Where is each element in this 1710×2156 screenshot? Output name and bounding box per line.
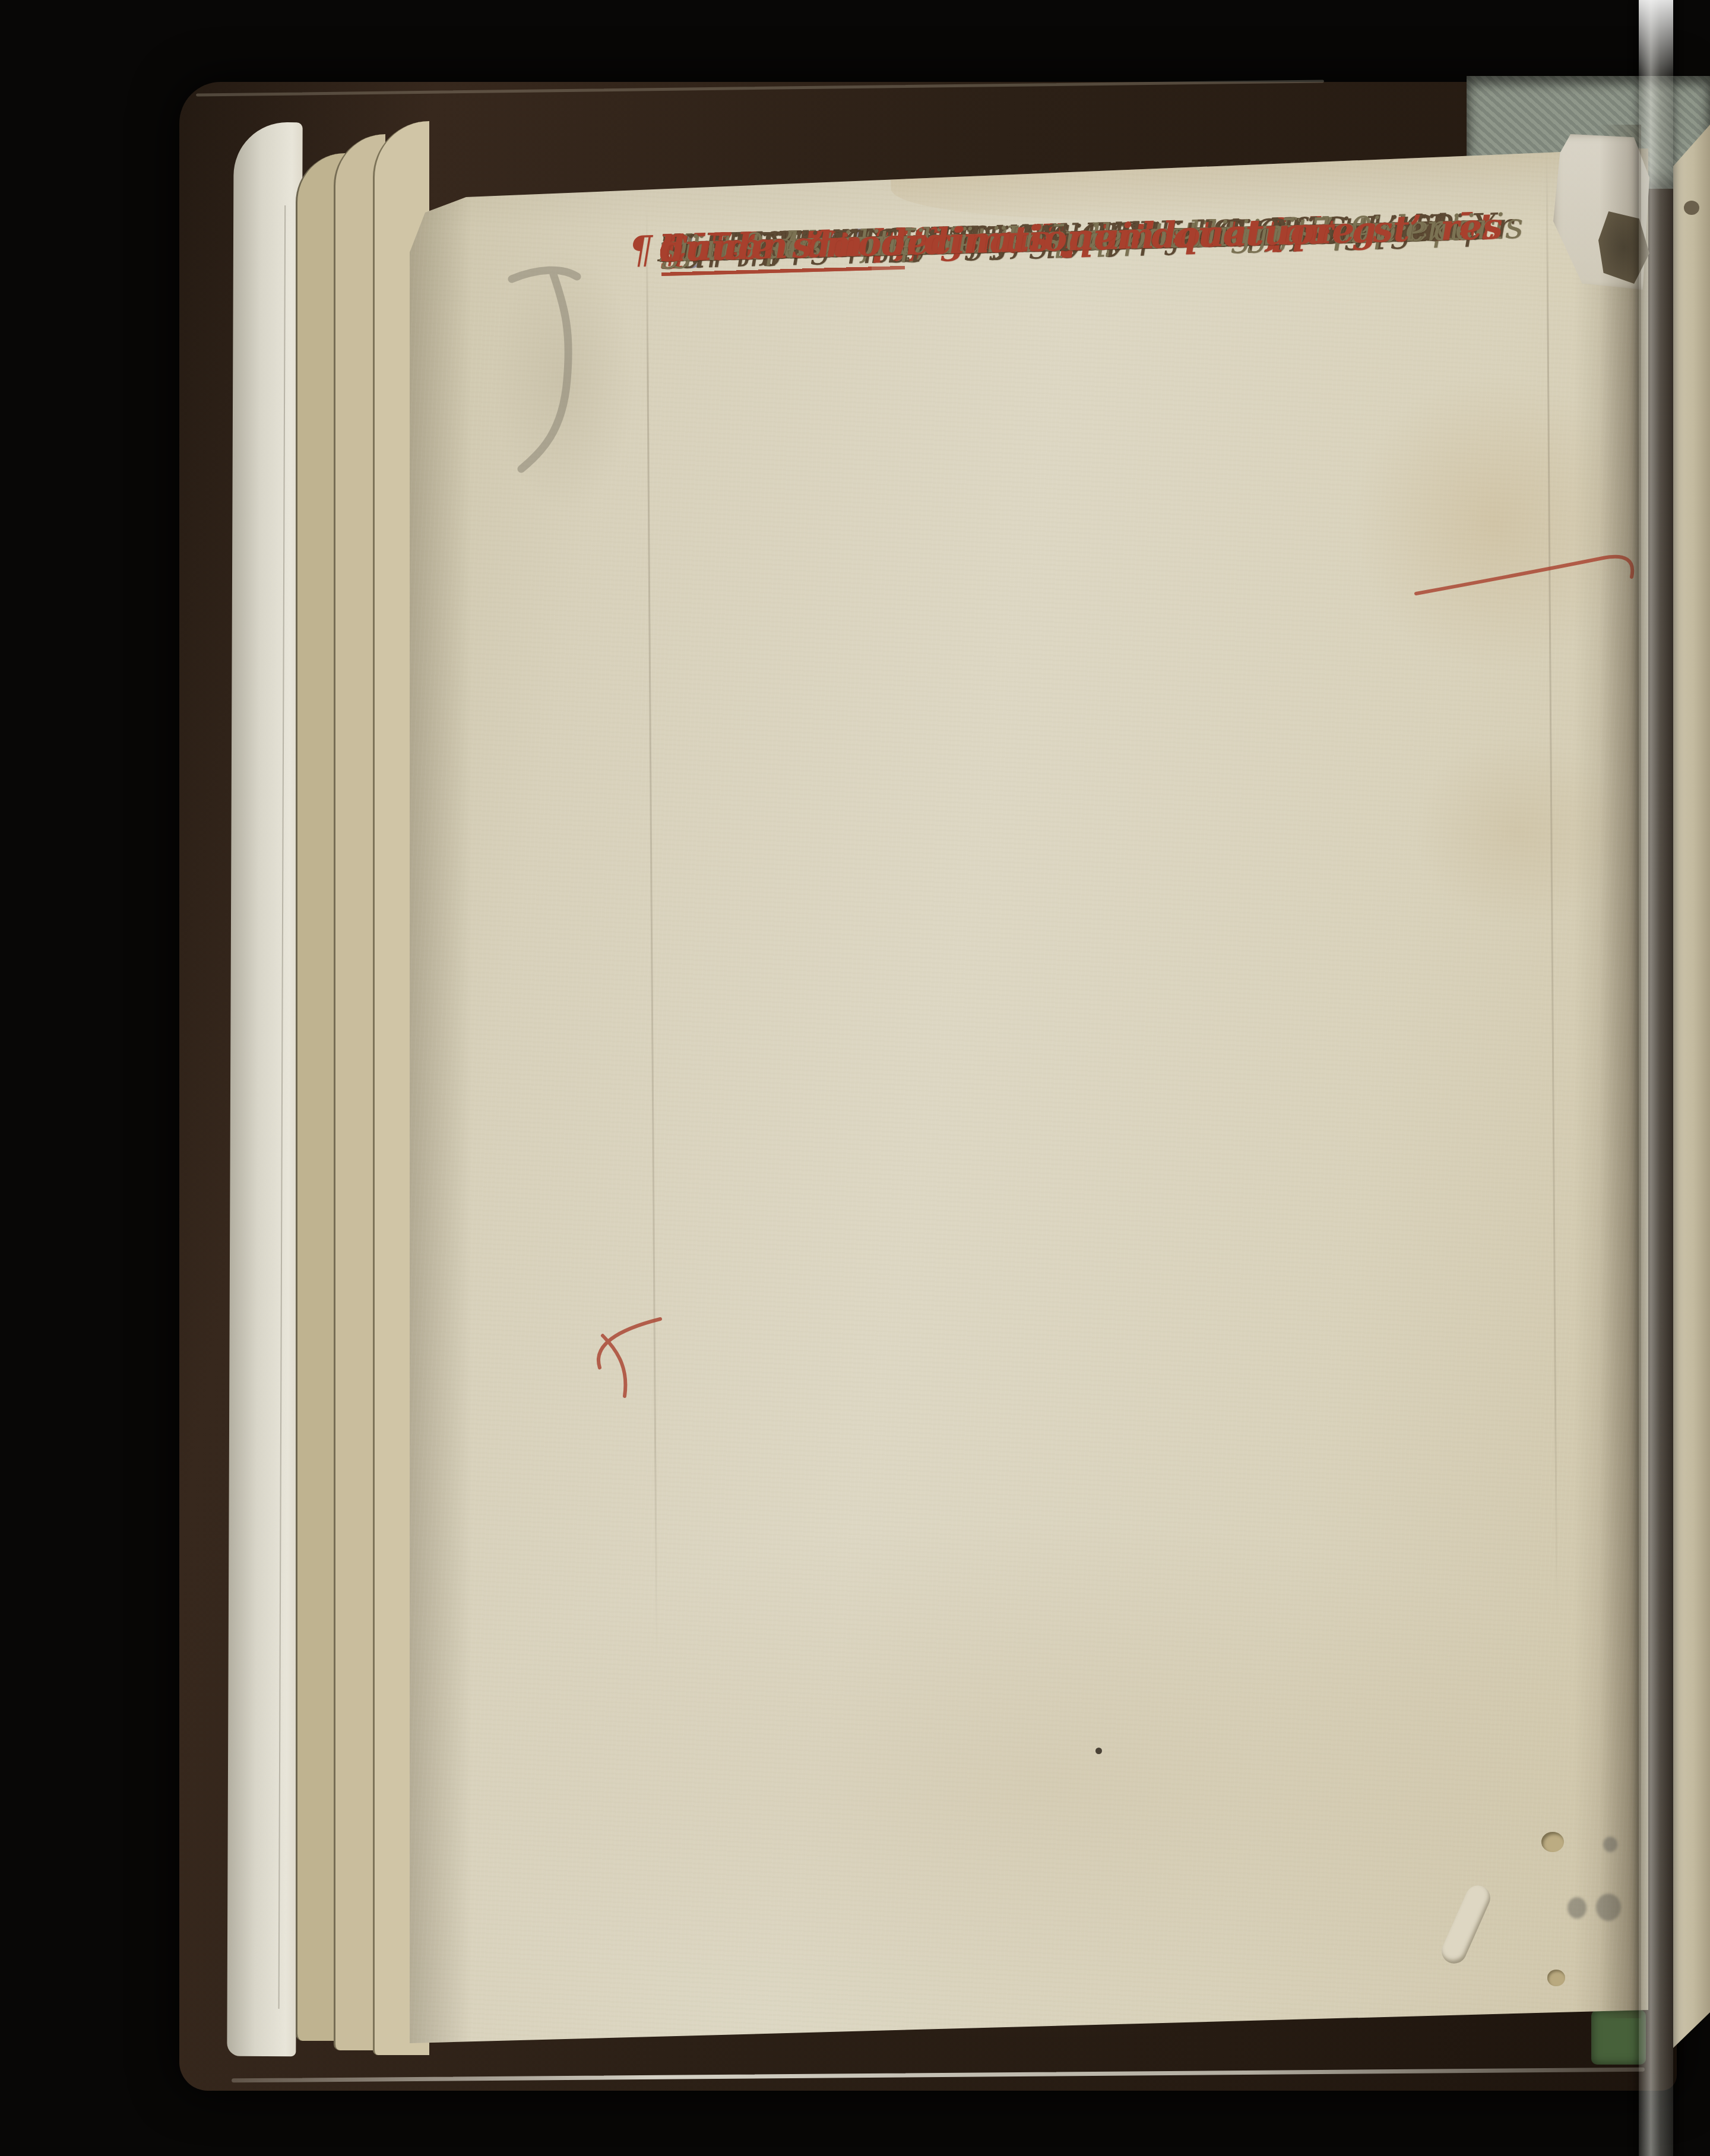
plexiglass-strip	[1639, 0, 1673, 2156]
facing-page-sliver	[1673, 89, 1710, 2066]
gutter-shadow	[1600, 125, 1641, 2018]
manuscript-photo: ia: Enula: Polipodiuz: Cassia lignea: Ga…	[0, 0, 1710, 2156]
red-flourish-line23	[598, 1319, 660, 1396]
pen-flourishes	[0, 0, 1710, 2156]
wormhole	[1684, 201, 1699, 215]
margin-squiggle	[512, 270, 577, 469]
